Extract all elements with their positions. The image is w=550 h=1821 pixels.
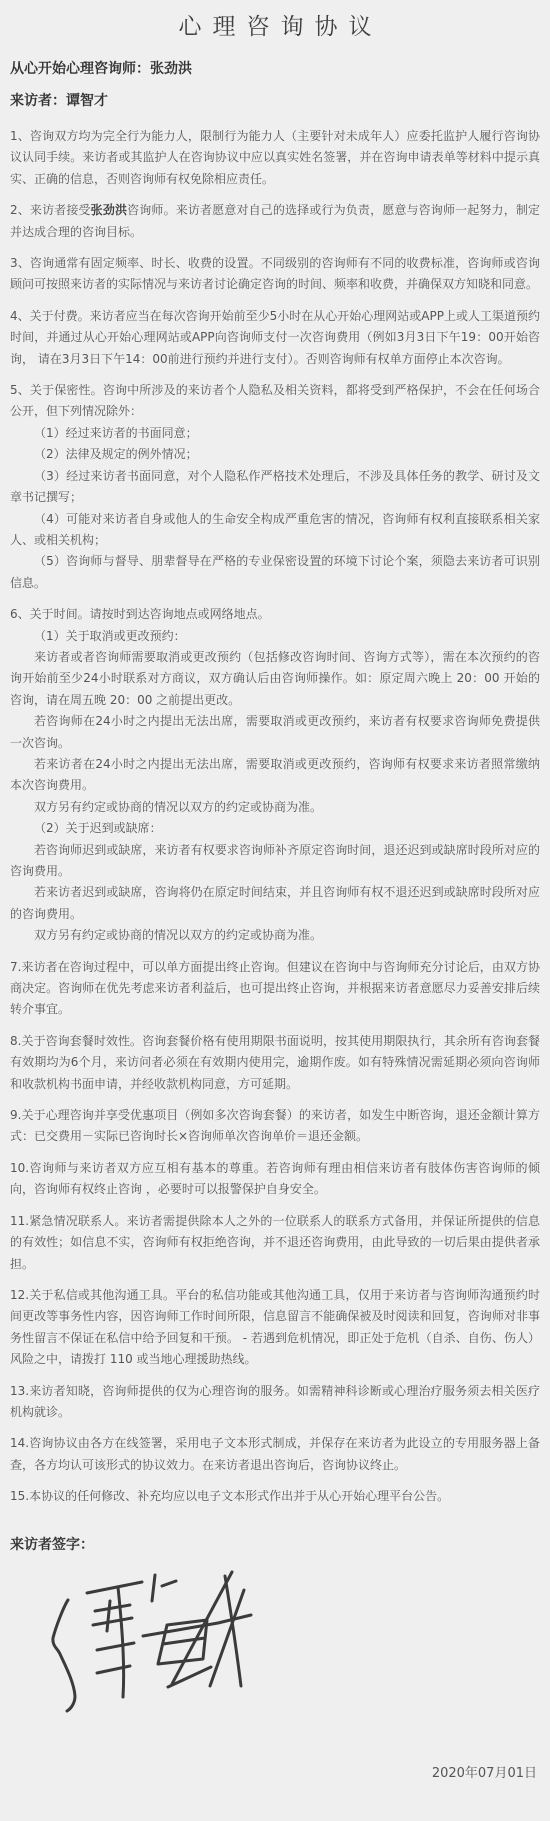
clause-7: 7.来访者在咨询过程中，可以单方面提出终止咨询。但建议在咨询中与咨询师充分讨论后… — [10, 957, 540, 1021]
clause-paragraph: 8.关于咨询套餐时效性。咨询套餐价格有使用期限书面说明，按其使用期限执行，其余所… — [10, 1031, 540, 1095]
clause-paragraph: （1）经过来访者的书面同意； — [10, 423, 540, 444]
clauses-container: 1、咨询双方均为完全行为能力人，限制行为能力人（主要针对未成年人）应委托监护人履… — [10, 126, 540, 1508]
clause-2: 2、来访者接受张劲洪咨询师。来访者愿意对自己的选择或行为负责，愿意与咨询师一起努… — [10, 200, 540, 243]
clause-13: 13.来访者知晓，咨询师提供的仅为心理咨询的服务。如需精神科诊断或心理治疗服务须… — [10, 1381, 540, 1424]
counselor-line: 从心开始心理咨询师：张劲洪 — [10, 60, 540, 79]
clause-paragraph: 2、来访者接受张劲洪咨询师。来访者愿意对自己的选择或行为负责，愿意与咨询师一起努… — [10, 200, 540, 243]
clause-9: 9.关于心理咨询并享受优惠项目（例如多次咨询套餐）的来访者，如发生中断咨询，退还… — [10, 1105, 540, 1148]
clause-paragraph: 14.咨询协议由各方在线签署，采用电子文本形式制成，并保存在来访者为此设立的专用… — [10, 1433, 540, 1476]
signature-label: 来访者签字： — [10, 1534, 540, 1554]
clause-3: 3、咨询通常有固定频率、时长、收费的设置。不同级别的咨询师有不同的收费标准，咨询… — [10, 253, 540, 296]
visitor-line: 来访者：谭智才 — [10, 92, 540, 111]
clause-paragraph: （1）关于取消或更改预约： — [10, 626, 540, 647]
clause-1: 1、咨询双方均为完全行为能力人，限制行为能力人（主要针对未成年人）应委托监护人履… — [10, 126, 540, 190]
clause-paragraph: 4、关于付费。来访者应当在每次咨询开始前至少5小时在从心开始心理网站或APP上或… — [10, 306, 540, 370]
clause-paragraph: 若咨询师在24小时之内提出无法出席，需要取消或更改预约，来访者有权要求咨询师免费… — [10, 711, 540, 754]
clause-12: 12.关于私信或其他沟通工具。平台的私信功能或其他沟通工具，仅用于来访者与咨询师… — [10, 1285, 540, 1371]
clause-5: 5、关于保密性。咨询中所涉及的来访者个人隐私及相关资料，都将受到严格保护，不会在… — [10, 380, 540, 594]
clause-paragraph: 12.关于私信或其他沟通工具。平台的私信功能或其他沟通工具，仅用于来访者与咨询师… — [10, 1285, 540, 1371]
agreement-document: 心理咨询协议 从心开始心理咨询师：张劲洪 来访者：谭智才 1、咨询双方均为完全行… — [0, 0, 550, 1821]
clause-paragraph: 11.紧急情况联系人。来访者需提供除本人之外的一位联系人的联系方式备用，并保证所… — [10, 1211, 540, 1275]
clause-paragraph: 7.来访者在咨询过程中，可以单方面提出终止咨询。但建议在咨询中与咨询师充分讨论后… — [10, 957, 540, 1021]
clause-paragraph: （3）经过来访者书面同意，对个人隐私作严格技术处理后，不涉及具体任务的教学、研讨… — [10, 466, 540, 509]
clause-paragraph: （5）咨询师与督导、朋辈督导在严格的专业保密设置的环境下讨论个案，须隐去来访者可… — [10, 551, 540, 594]
agreement-date: 2020年07月01日 — [10, 1762, 540, 1781]
clause-paragraph: （2）法律及规定的例外情况； — [10, 444, 540, 465]
clause-6: 6、关于时间。请按时到达咨询地点或网络地点。（1）关于取消或更改预约：来访者或者… — [10, 604, 540, 947]
page-title: 心理咨询协议 — [10, 12, 540, 42]
clause-paragraph: 10.咨询师与来访者双方应互相有基本的尊重。若咨询师有理由相信来访者有肢体伤害咨… — [10, 1158, 540, 1201]
clause-paragraph: 6、关于时间。请按时到达咨询地点或网络地点。 — [10, 604, 540, 625]
clause-paragraph: （2）关于迟到或缺席： — [10, 818, 540, 839]
visitor-signature-handwriting — [38, 1568, 270, 1720]
clause-paragraph: 若来访者在24小时之内提出无法出席，需要取消或更改预约，咨询师有权要求来访者照常… — [10, 754, 540, 797]
clause-paragraph: （4）可能对来访者自身或他人的生命安全构成严重危害的情况，咨询师有权利直接联系相… — [10, 509, 540, 552]
clause-paragraph: 来访者或者咨询师需要取消或更改预约（包括修改咨询时间、咨询方式等），需在本次预约… — [10, 647, 540, 711]
clause-paragraph: 1、咨询双方均为完全行为能力人，限制行为能力人（主要针对未成年人）应委托监护人履… — [10, 126, 540, 190]
clause-11: 11.紧急情况联系人。来访者需提供除本人之外的一位联系人的联系方式备用，并保证所… — [10, 1211, 540, 1275]
clause-paragraph: 若来访者迟到或缺席，咨询将仍在原定时间结束，并且咨询师有权不退还迟到或缺席时段所… — [10, 882, 540, 925]
clause-4: 4、关于付费。来访者应当在每次咨询开始前至少5小时在从心开始心理网站或APP上或… — [10, 306, 540, 370]
clause-paragraph: 3、咨询通常有固定频率、时长、收费的设置。不同级别的咨询师有不同的收费标准，咨询… — [10, 253, 540, 296]
clause-14: 14.咨询协议由各方在线签署，采用电子文本形式制成，并保存在来访者为此设立的专用… — [10, 1433, 540, 1476]
clause-8: 8.关于咨询套餐时效性。咨询套餐价格有使用期限书面说明，按其使用期限执行，其余所… — [10, 1031, 540, 1095]
clause-paragraph: 若咨询师迟到或缺席，来访者有权要求咨询师补齐原定咨询时间，退还迟到或缺席时段所对… — [10, 840, 540, 883]
clause-paragraph: 5、关于保密性。咨询中所涉及的来访者个人隐私及相关资料，都将受到严格保护，不会在… — [10, 380, 540, 423]
clause-paragraph: 15.本协议的任何修改、补充均应以电子文本形式作出并于从心开始心理平台公告。 — [10, 1486, 540, 1507]
clause-15: 15.本协议的任何修改、补充均应以电子文本形式作出并于从心开始心理平台公告。 — [10, 1486, 540, 1507]
clause-paragraph: 双方另有约定或协商的情况以双方的约定或协商为准。 — [10, 925, 540, 946]
clause-paragraph: 9.关于心理咨询并享受优惠项目（例如多次咨询套餐）的来访者，如发生中断咨询，退还… — [10, 1105, 540, 1148]
clause-10: 10.咨询师与来访者双方应互相有基本的尊重。若咨询师有理由相信来访者有肢体伤害咨… — [10, 1158, 540, 1201]
clause-paragraph: 13.来访者知晓，咨询师提供的仅为心理咨询的服务。如需精神科诊断或心理治疗服务须… — [10, 1381, 540, 1424]
clause-paragraph: 双方另有约定或协商的情况以双方的约定或协商为准。 — [10, 797, 540, 818]
